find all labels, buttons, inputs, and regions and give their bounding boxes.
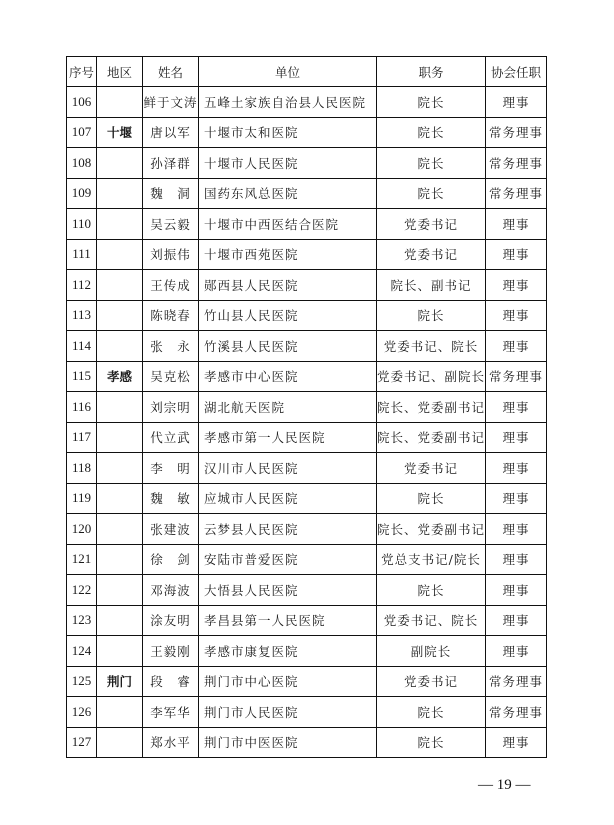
row-name: 孙泽群 <box>143 148 199 179</box>
table-row: 106鲜于文涛五峰土家族自治县人民医院院长理事 <box>67 87 547 118</box>
row-region <box>97 605 143 636</box>
row-role: 理事 <box>486 727 547 758</box>
row-role: 常务理事 <box>486 666 547 697</box>
row-duty: 副院长 <box>377 636 486 667</box>
row-role: 常务理事 <box>486 697 547 728</box>
row-name: 徐 剑 <box>143 544 199 575</box>
row-number: 112 <box>67 270 97 301</box>
table-row: 120张建波云梦县人民医院院长、党委副书记理事 <box>67 514 547 545</box>
row-unit: 竹溪县人民医院 <box>199 331 377 362</box>
row-duty: 院长 <box>377 87 486 118</box>
row-duty: 党委书记、副院长 <box>377 361 486 392</box>
header-unit: 单位 <box>199 57 377 87</box>
row-name: 邓海波 <box>143 575 199 606</box>
row-region <box>97 331 143 362</box>
row-unit: 十堰市太和医院 <box>199 117 377 148</box>
row-duty: 院长 <box>377 148 486 179</box>
row-duty: 院长 <box>377 300 486 331</box>
row-role: 理事 <box>486 270 547 301</box>
table-row: 117代立武孝感市第一人民医院院长、党委副书记理事 <box>67 422 547 453</box>
row-region <box>97 636 143 667</box>
row-duty: 院长 <box>377 117 486 148</box>
table-row: 122邓海波大悟县人民医院院长理事 <box>67 575 547 606</box>
row-unit: 竹山县人民医院 <box>199 300 377 331</box>
row-region: 荆门 <box>97 666 143 697</box>
row-region <box>97 514 143 545</box>
row-role: 理事 <box>486 392 547 423</box>
row-number: 118 <box>67 453 97 484</box>
row-number: 110 <box>67 209 97 240</box>
row-region <box>97 453 143 484</box>
row-name: 李军华 <box>143 697 199 728</box>
row-name: 张建波 <box>143 514 199 545</box>
row-number: 106 <box>67 87 97 118</box>
row-role: 理事 <box>486 422 547 453</box>
row-duty: 院长 <box>377 178 486 209</box>
row-unit: 国药东风总医院 <box>199 178 377 209</box>
row-region: 十堰 <box>97 117 143 148</box>
row-unit: 十堰市人民医院 <box>199 148 377 179</box>
row-role: 常务理事 <box>486 148 547 179</box>
row-region <box>97 239 143 270</box>
row-region <box>97 422 143 453</box>
row-unit: 安陆市普爱医院 <box>199 544 377 575</box>
row-name: 刘宗明 <box>143 392 199 423</box>
row-duty: 院长、党委副书记 <box>377 422 486 453</box>
table-row: 109魏 洞国药东风总医院院长常务理事 <box>67 178 547 209</box>
table-row: 113陈晓春竹山县人民医院院长理事 <box>67 300 547 331</box>
row-duty: 党委书记 <box>377 453 486 484</box>
row-number: 108 <box>67 148 97 179</box>
table-row: 116刘宗明湖北航天医院院长、党委副书记理事 <box>67 392 547 423</box>
row-role: 理事 <box>486 514 547 545</box>
row-unit: 湖北航天医院 <box>199 392 377 423</box>
table-row: 114张 永竹溪县人民医院党委书记、院长理事 <box>67 331 547 362</box>
header-region: 地区 <box>97 57 143 87</box>
table-row: 124王毅刚孝感市康复医院副院长理事 <box>67 636 547 667</box>
row-name: 李 明 <box>143 453 199 484</box>
row-number: 115 <box>67 361 97 392</box>
row-unit: 五峰土家族自治县人民医院 <box>199 87 377 118</box>
row-unit: 孝感市第一人民医院 <box>199 422 377 453</box>
row-unit: 孝昌县第一人民医院 <box>199 605 377 636</box>
page-number: — 19 — <box>478 777 531 794</box>
row-role: 理事 <box>486 636 547 667</box>
row-role: 理事 <box>486 544 547 575</box>
row-region <box>97 270 143 301</box>
table-header-row: 序号 地区 姓名 单位 职务 协会任职 <box>67 57 547 87</box>
table-row: 127郑水平荆门市中医医院院长理事 <box>67 727 547 758</box>
row-region <box>97 300 143 331</box>
row-unit: 大悟县人民医院 <box>199 575 377 606</box>
row-number: 119 <box>67 483 97 514</box>
row-unit: 荆门市中心医院 <box>199 666 377 697</box>
row-name: 郑水平 <box>143 727 199 758</box>
row-unit: 云梦县人民医院 <box>199 514 377 545</box>
row-role: 理事 <box>486 331 547 362</box>
table-row: 112王传成郧西县人民医院院长、副书记理事 <box>67 270 547 301</box>
row-role: 理事 <box>486 87 547 118</box>
row-role: 理事 <box>486 239 547 270</box>
row-region <box>97 209 143 240</box>
row-duty: 院长、党委副书记 <box>377 514 486 545</box>
row-unit: 孝感市康复医院 <box>199 636 377 667</box>
table-row: 118李 明汉川市人民医院党委书记理事 <box>67 453 547 484</box>
row-duty: 党委书记、院长 <box>377 605 486 636</box>
row-unit: 荆门市中医医院 <box>199 727 377 758</box>
row-role: 理事 <box>486 300 547 331</box>
row-role: 理事 <box>486 453 547 484</box>
header-role: 协会任职 <box>486 57 547 87</box>
row-duty: 党委书记 <box>377 209 486 240</box>
row-number: 125 <box>67 666 97 697</box>
table-row: 121徐 剑安陆市普爱医院党总支书记/院长理事 <box>67 544 547 575</box>
row-duty: 党委书记 <box>377 666 486 697</box>
table-row: 107十堰唐以军十堰市太和医院院长常务理事 <box>67 117 547 148</box>
row-role: 常务理事 <box>486 361 547 392</box>
row-unit: 郧西县人民医院 <box>199 270 377 301</box>
row-unit: 十堰市西苑医院 <box>199 239 377 270</box>
row-name: 魏 洞 <box>143 178 199 209</box>
row-role: 理事 <box>486 575 547 606</box>
row-number: 111 <box>67 239 97 270</box>
row-unit: 十堰市中西医结合医院 <box>199 209 377 240</box>
row-number: 120 <box>67 514 97 545</box>
row-name: 涂友明 <box>143 605 199 636</box>
table-row: 115孝感吴克松孝感市中心医院党委书记、副院长常务理事 <box>67 361 547 392</box>
row-role: 理事 <box>486 209 547 240</box>
row-duty: 院长 <box>377 697 486 728</box>
row-duty: 院长 <box>377 483 486 514</box>
row-region <box>97 87 143 118</box>
row-number: 109 <box>67 178 97 209</box>
row-region <box>97 544 143 575</box>
row-region <box>97 483 143 514</box>
row-region <box>97 392 143 423</box>
header-name: 姓名 <box>143 57 199 87</box>
row-name: 唐以军 <box>143 117 199 148</box>
row-unit: 孝感市中心医院 <box>199 361 377 392</box>
table-row: 125荆门段 睿荆门市中心医院党委书记常务理事 <box>67 666 547 697</box>
row-name: 王传成 <box>143 270 199 301</box>
row-unit: 荆门市人民医院 <box>199 697 377 728</box>
row-region <box>97 727 143 758</box>
row-number: 124 <box>67 636 97 667</box>
header-no: 序号 <box>67 57 97 87</box>
row-number: 113 <box>67 300 97 331</box>
row-name: 吴克松 <box>143 361 199 392</box>
row-name: 魏 敏 <box>143 483 199 514</box>
row-number: 121 <box>67 544 97 575</box>
row-number: 123 <box>67 605 97 636</box>
row-role: 理事 <box>486 483 547 514</box>
row-duty: 院长、党委副书记 <box>377 392 486 423</box>
row-region <box>97 148 143 179</box>
row-name: 张 永 <box>143 331 199 362</box>
row-number: 107 <box>67 117 97 148</box>
row-number: 127 <box>67 727 97 758</box>
row-name: 段 睿 <box>143 666 199 697</box>
row-name: 吴云毅 <box>143 209 199 240</box>
row-duty: 党委书记、院长 <box>377 331 486 362</box>
table-row: 119魏 敏应城市人民医院院长理事 <box>67 483 547 514</box>
row-region <box>97 697 143 728</box>
header-duty: 职务 <box>377 57 486 87</box>
row-role: 理事 <box>486 605 547 636</box>
table-row: 126李军华荆门市人民医院院长常务理事 <box>67 697 547 728</box>
table-row: 108孙泽群十堰市人民医院院长常务理事 <box>67 148 547 179</box>
row-duty: 党委书记 <box>377 239 486 270</box>
member-table: 序号 地区 姓名 单位 职务 协会任职 106鲜于文涛五峰土家族自治县人民医院院… <box>66 56 547 758</box>
table-row: 110吴云毅十堰市中西医结合医院党委书记理事 <box>67 209 547 240</box>
row-name: 陈晓春 <box>143 300 199 331</box>
row-region <box>97 178 143 209</box>
row-number: 122 <box>67 575 97 606</box>
row-duty: 院长、副书记 <box>377 270 486 301</box>
row-unit: 汉川市人民医院 <box>199 453 377 484</box>
row-number: 116 <box>67 392 97 423</box>
table-row: 123涂友明孝昌县第一人民医院党委书记、院长理事 <box>67 605 547 636</box>
row-number: 126 <box>67 697 97 728</box>
row-name: 代立武 <box>143 422 199 453</box>
row-name: 王毅刚 <box>143 636 199 667</box>
row-role: 常务理事 <box>486 178 547 209</box>
row-duty: 党总支书记/院长 <box>377 544 486 575</box>
row-name: 刘振伟 <box>143 239 199 270</box>
row-name: 鲜于文涛 <box>143 87 199 118</box>
row-number: 117 <box>67 422 97 453</box>
table-row: 111刘振伟十堰市西苑医院党委书记理事 <box>67 239 547 270</box>
row-region <box>97 575 143 606</box>
row-unit: 应城市人民医院 <box>199 483 377 514</box>
row-region: 孝感 <box>97 361 143 392</box>
row-duty: 院长 <box>377 575 486 606</box>
row-duty: 院长 <box>377 727 486 758</box>
row-number: 114 <box>67 331 97 362</box>
row-role: 常务理事 <box>486 117 547 148</box>
